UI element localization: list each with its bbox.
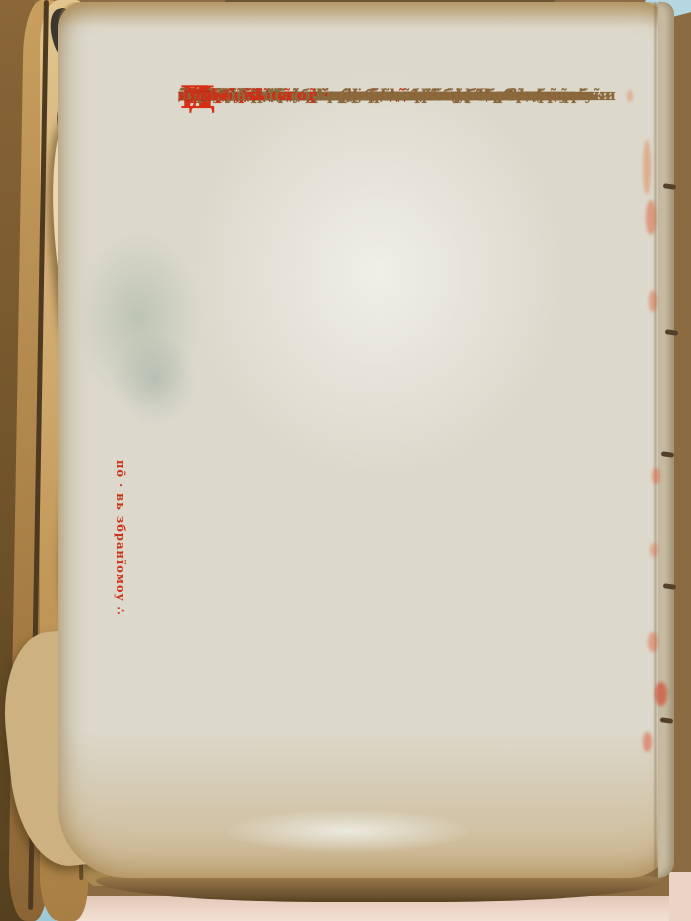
- rubric-text: ирмѡ̃: [178, 86, 224, 105]
- manuscript-photo: архг̃ль · бл̃говѣститнадв̃цизаучтик · ип…: [0, 0, 691, 921]
- margin-note-rubric: по̃ · вь збранїомоу ∴: [114, 460, 128, 615]
- page-top-shading: [58, 2, 674, 28]
- white-scuff-mark: [228, 810, 468, 852]
- manuscript-text-block: архг̃ль · бл̃говѣститнадв̃цизаучтик · ип…: [186, 86, 668, 786]
- table-surface-right: [669, 872, 691, 921]
